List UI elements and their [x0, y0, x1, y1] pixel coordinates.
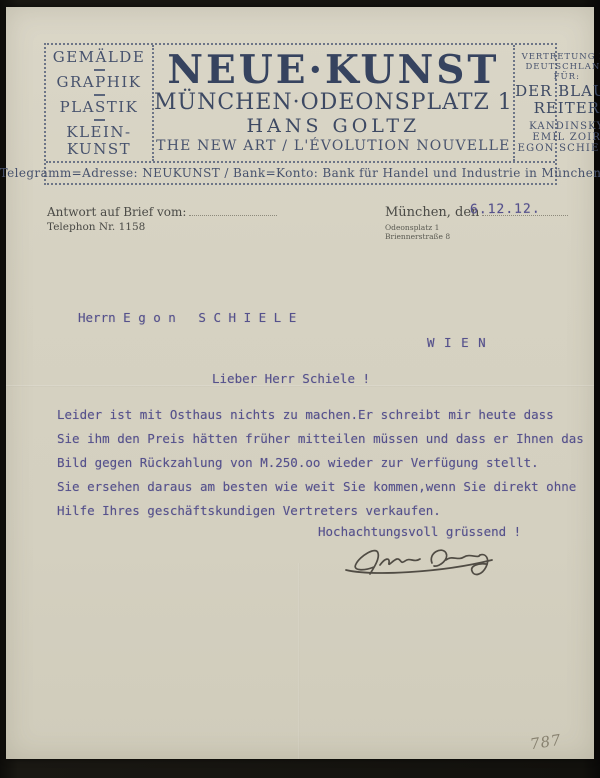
horizontal-fold-crease	[6, 385, 594, 387]
blank-fill-line	[189, 215, 277, 216]
closing-phrase: Hochachtungsvoll grüssend !	[318, 524, 521, 539]
representation-heading-line1: VERTRETUNG IN	[522, 52, 600, 62]
letterhead-main-row: GEMÄLDE GRAPHIK PLASTIK KLEIN- KUNST NEU…	[46, 45, 555, 161]
letterhead-categories-panel: GEMÄLDE GRAPHIK PLASTIK KLEIN- KUNST	[46, 45, 154, 161]
separator-dash	[94, 69, 105, 71]
address-odeonsplatz: Odeonsplatz 1	[385, 223, 439, 232]
recipient-city: W I E N	[427, 335, 487, 350]
separator-dash	[94, 94, 105, 96]
artist-emil-zoir: EMIL ZOIR	[532, 132, 600, 143]
reply-to-label: Antwort auf Brief vom:	[47, 205, 277, 219]
signature-handwriting	[340, 543, 506, 587]
telephone-number: Telephon Nr. 1158	[47, 221, 145, 233]
body-line-4: Sie ersehen daraus am besten wie weit Si…	[57, 479, 576, 494]
category-kleinkunst-line2: KUNST	[67, 141, 131, 158]
gallery-title: NEUE·KUNST	[167, 50, 499, 90]
group-name-line2: REITER	[534, 100, 600, 116]
city-date-text: München, den	[385, 205, 479, 220]
body-line-5: Hilfe Ihres geschäftskundigen Vertreters…	[57, 503, 441, 518]
body-line-2: Sie ihm den Preis hätten früher mitteile…	[57, 431, 584, 446]
gallery-address: MÜNCHEN·ODEONSPLATZ 1	[154, 90, 513, 115]
reply-to-text: Antwort auf Brief vom:	[47, 205, 186, 219]
category-graphik: GRAPHIK	[57, 74, 142, 91]
body-line-1: Leider ist mit Osthaus nichts zu machen.…	[57, 407, 554, 422]
recipient-name: Herrn E g o n S C H I E L E	[78, 310, 296, 325]
archive-number-pencil: 787	[529, 731, 563, 754]
representation-heading-line2: DEUTSCHLAND	[525, 62, 600, 72]
gallery-owner: HANS GOLTZ	[247, 115, 421, 137]
artist-egon-schiele: EGON SCHIELE	[518, 143, 600, 154]
telegram-bank-line: Telegramm=Adresse: NEUKUNST / Bank=Konto…	[46, 161, 555, 183]
letter-paper: GEMÄLDE GRAPHIK PLASTIK KLEIN- KUNST NEU…	[6, 7, 594, 759]
letterhead-center-panel: NEUE·KUNST MÜNCHEN·ODEONSPLATZ 1 HANS GO…	[154, 45, 513, 161]
address-briennerstrasse: Briennerstraße 8	[385, 232, 450, 241]
artist-kandinsky: KANDINSKY	[529, 121, 600, 132]
category-kleinkunst-line1: KLEIN-	[66, 124, 131, 141]
representation-heading-line3: FÜR:	[554, 72, 580, 82]
vertical-fold-crease	[298, 563, 300, 759]
letterhead-representation-panel: VERTRETUNG IN DEUTSCHLAND FÜR: DER BLAUE…	[513, 45, 600, 161]
category-plastik: PLASTIK	[60, 99, 139, 116]
separator-dash	[94, 119, 105, 121]
salutation: Lieber Herr Schiele !	[212, 371, 370, 386]
group-name-line1: DER BLAUE	[515, 83, 600, 99]
category-gemaelde: GEMÄLDE	[53, 49, 146, 66]
body-line-3: Bild gegen Rückzahlung von M.250.oo wied…	[57, 455, 539, 470]
letterhead: GEMÄLDE GRAPHIK PLASTIK KLEIN- KUNST NEU…	[44, 43, 557, 185]
gallery-slogan: THE NEW ART / L'ÉVOLUTION NOUVELLE	[156, 137, 510, 156]
typed-date: 6.12.12.	[470, 202, 541, 218]
